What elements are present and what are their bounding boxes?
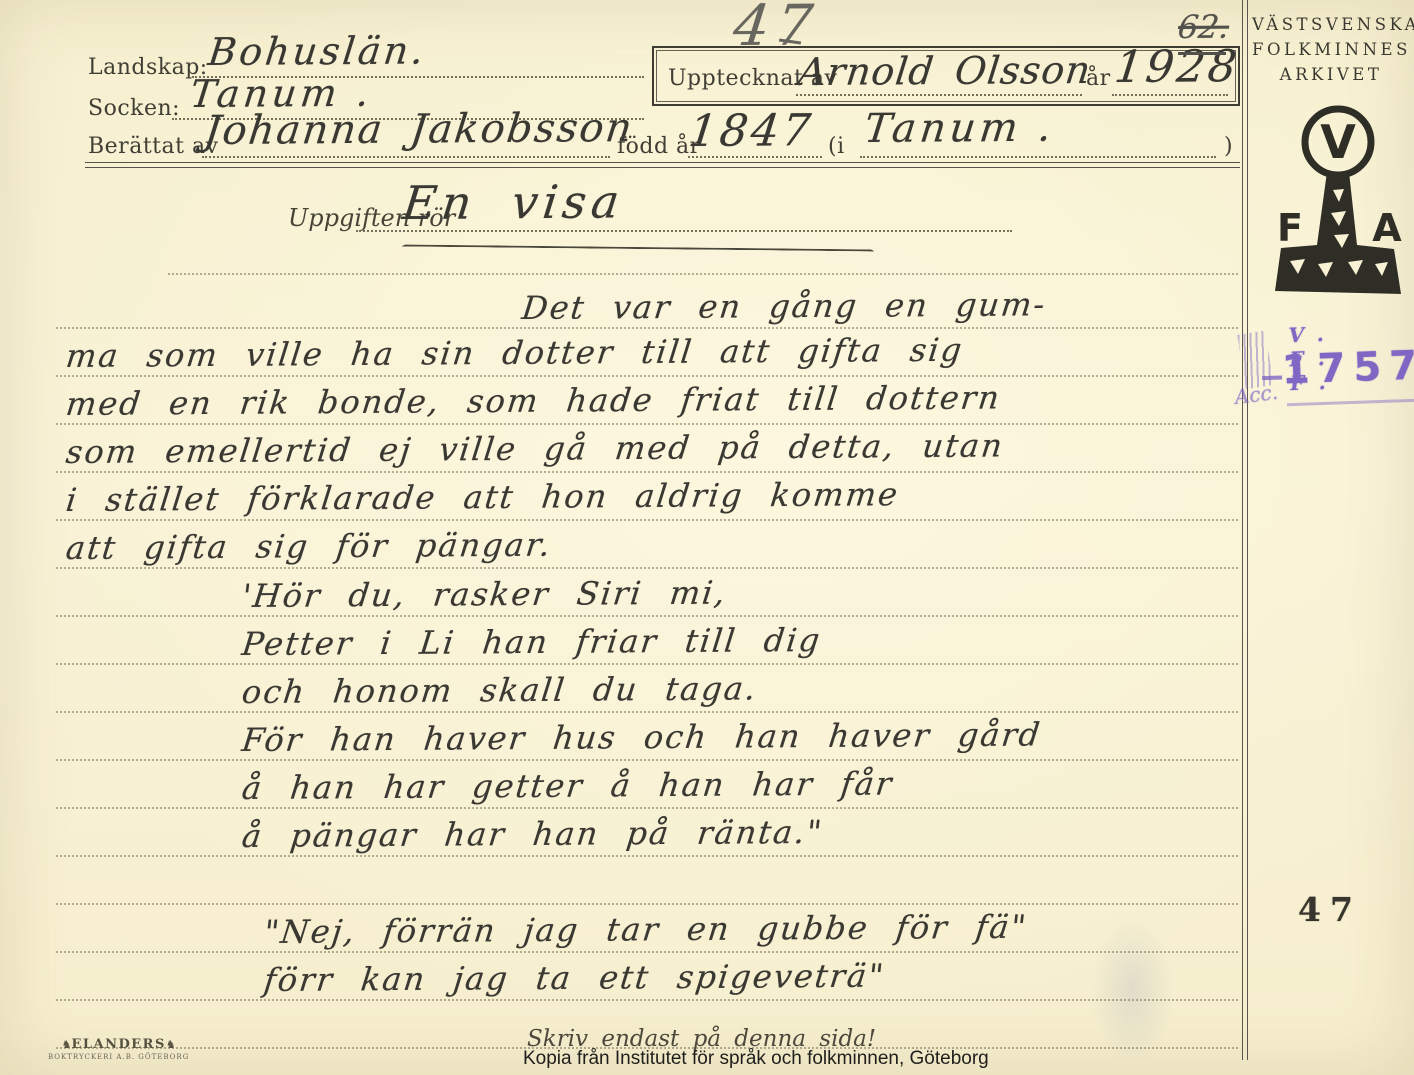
- printer-ornament-right-icon: ♞: [166, 1038, 176, 1051]
- landskap-value: Bohuslän.: [206, 28, 429, 74]
- pencil-number: 47: [730, 0, 823, 59]
- year-label: år: [1086, 66, 1111, 91]
- logo-letter-a: A: [1372, 206, 1402, 250]
- handwritten-line: "Nej, förrän jag tar en gubbe för fä": [262, 908, 1030, 951]
- archive-name-line2: FOLKMINNES: [1252, 37, 1410, 62]
- handwritten-line: som emellertid ej ville gå med på detta,…: [64, 426, 1006, 471]
- birthplace-dotted-line: [860, 156, 1216, 158]
- handwritten-line: å han har getter å han har får: [240, 764, 895, 807]
- stamp-underline: [1287, 399, 1414, 407]
- printer-subtitle: BOKTRYCKERI A.B. GÖTEBORG: [48, 1051, 189, 1064]
- ruled-line: [56, 663, 1238, 665]
- vertical-divider: [1242, 0, 1248, 1060]
- ruled-line: [56, 375, 1238, 377]
- ruled-line: [56, 999, 1238, 1001]
- stamp-acc-label: Acc.: [1233, 380, 1279, 409]
- handwritten-line: ma som ville ha sin dotter till att gift…: [64, 331, 966, 375]
- handwritten-line: För han haver hus och han haver gård: [240, 715, 1044, 759]
- printer-mark: ♞ELANDERS♞ BOKTRYCKERI A.B. GÖTEBORG: [48, 1036, 189, 1064]
- document-page: Landskap: Bohuslän. Socken: Tanum . Berä…: [0, 0, 1414, 1075]
- ruled-line: [56, 423, 1238, 425]
- birthplace-value: Tanum .: [862, 105, 1058, 152]
- printer-name: ELANDERS: [71, 1037, 165, 1052]
- handwritten-line: Petter i Li han friar till dig: [240, 621, 823, 663]
- box-value: Arnold Olsson: [796, 48, 1094, 94]
- crossed-number: 62.: [1176, 8, 1231, 46]
- paren-close: ): [1224, 134, 1233, 159]
- fodd-value: 1847: [686, 105, 816, 157]
- logo-letter-v: V: [1320, 115, 1356, 169]
- handwritten-line: förr kan jag ta ett spigeveträ": [262, 957, 887, 999]
- vfa-hammer-logo: V F A: [1272, 98, 1404, 306]
- landskap-label: Landskap:: [88, 55, 208, 80]
- ink-smudge: [1090, 915, 1175, 1065]
- page-number-stamp: 47: [1298, 890, 1362, 929]
- berattat-dotted-line: [202, 156, 610, 158]
- ruled-line: [56, 951, 1238, 953]
- handwritten-line: 'Hör du, rasker Siri mi,: [240, 574, 729, 615]
- ruled-line: [56, 711, 1238, 713]
- berattat-value: Johanna Jakobsson: [202, 105, 636, 154]
- socken-label: Socken:: [88, 96, 180, 121]
- ruled-line: [56, 567, 1238, 569]
- handwritten-line: i stället förklarade att hon aldrig komm…: [64, 475, 901, 519]
- accession-stamp: V. F. F. 1757 Acc.: [1232, 319, 1414, 430]
- subject-dotted-line: [356, 230, 1012, 232]
- ruled-line: [56, 855, 1238, 857]
- ruled-line: [56, 327, 1238, 329]
- subject-underline-swash: [402, 236, 874, 252]
- printer-ornament-left-icon: ♞: [62, 1038, 72, 1051]
- crossed-number-underline: [1178, 52, 1226, 55]
- intro-dotted-line: [168, 273, 1238, 275]
- handwritten-line: å pängar har han på ränta.": [240, 813, 826, 855]
- year-value: 1928: [1112, 41, 1242, 93]
- ruled-line: [56, 807, 1238, 809]
- year-dotted-line: [1112, 94, 1228, 96]
- subject-value: En visa: [400, 174, 627, 230]
- logo-letter-f: F: [1277, 206, 1303, 250]
- footer-caption: Kopia från Institutet för språk och folk…: [523, 1048, 989, 1070]
- handwritten-line: med en rik bonde, som hade friat till do…: [64, 378, 1003, 423]
- ruled-line: [56, 759, 1238, 761]
- box-dotted-line: [796, 94, 1082, 96]
- ruled-line: [56, 519, 1238, 521]
- handwritten-line: och honom skall du taga.: [240, 669, 760, 711]
- archive-name-line1: VÄSTSVENSKA: [1252, 12, 1410, 37]
- archive-name: VÄSTSVENSKA FOLKMINNES ARKIVET: [1252, 12, 1410, 87]
- paren-open: (i: [828, 134, 845, 159]
- header-double-rule: [85, 162, 1240, 168]
- ruled-line: [56, 471, 1238, 473]
- berattat-label: Berättat av: [88, 134, 219, 159]
- ruled-line: [56, 615, 1238, 617]
- stamp-number: 1757: [1281, 342, 1414, 393]
- handwritten-line: att gifta sig för pängar.: [64, 526, 554, 567]
- handwritten-line: Det var en gång en gum-: [520, 285, 1049, 327]
- ruled-line: [56, 903, 1238, 905]
- archive-name-line3: ARKIVET: [1252, 62, 1410, 87]
